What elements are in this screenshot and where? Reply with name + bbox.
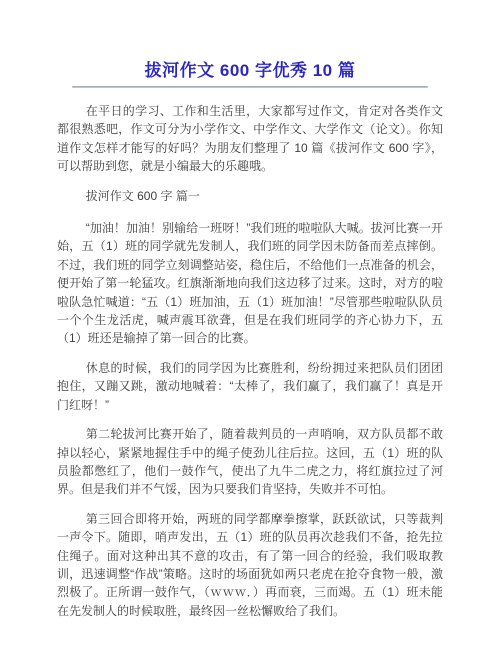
essay-paragraph-3: 第二轮拔河比赛开始了，随着裁判员的一声哨响，双方队员都不敢掉以轻心，紧紧地握住手… xyxy=(57,425,443,499)
essay-paragraph-2: 休息的时候，我们的同学因为比赛胜利，纷纷拥过来把队员们团团抱住，又蹦又跳，激动地… xyxy=(57,359,443,414)
essay-paragraph-4: 第三回合即将开始，两班的同学都摩拳擦掌，跃跃欲试，只等裁判一声令下。随即，哨声发… xyxy=(57,510,443,620)
document-title: 拔河作文 600 字优秀 10 篇 xyxy=(57,56,443,86)
document-page: { "document": { "title": "拔河作文 600 字优秀 1… xyxy=(0,0,500,647)
essay-page: 拔河作文 600 字优秀 10 篇 在平日的学习、工作和生活里，大家都写过作文，… xyxy=(57,0,443,620)
intro-paragraph: 在平日的学习、工作和生活里，大家都写过作文，肯定对各类作文都很熟悉吧，作文可分为… xyxy=(57,102,443,176)
title-divider xyxy=(72,86,428,88)
essay-paragraph-1: “加油！加油！别输给一班呀！”我们班的啦啦队大喊。拔河比赛一开始，五（1）班的同… xyxy=(57,219,443,348)
section-heading: 拔河作文 600 字 篇一 xyxy=(57,187,443,205)
